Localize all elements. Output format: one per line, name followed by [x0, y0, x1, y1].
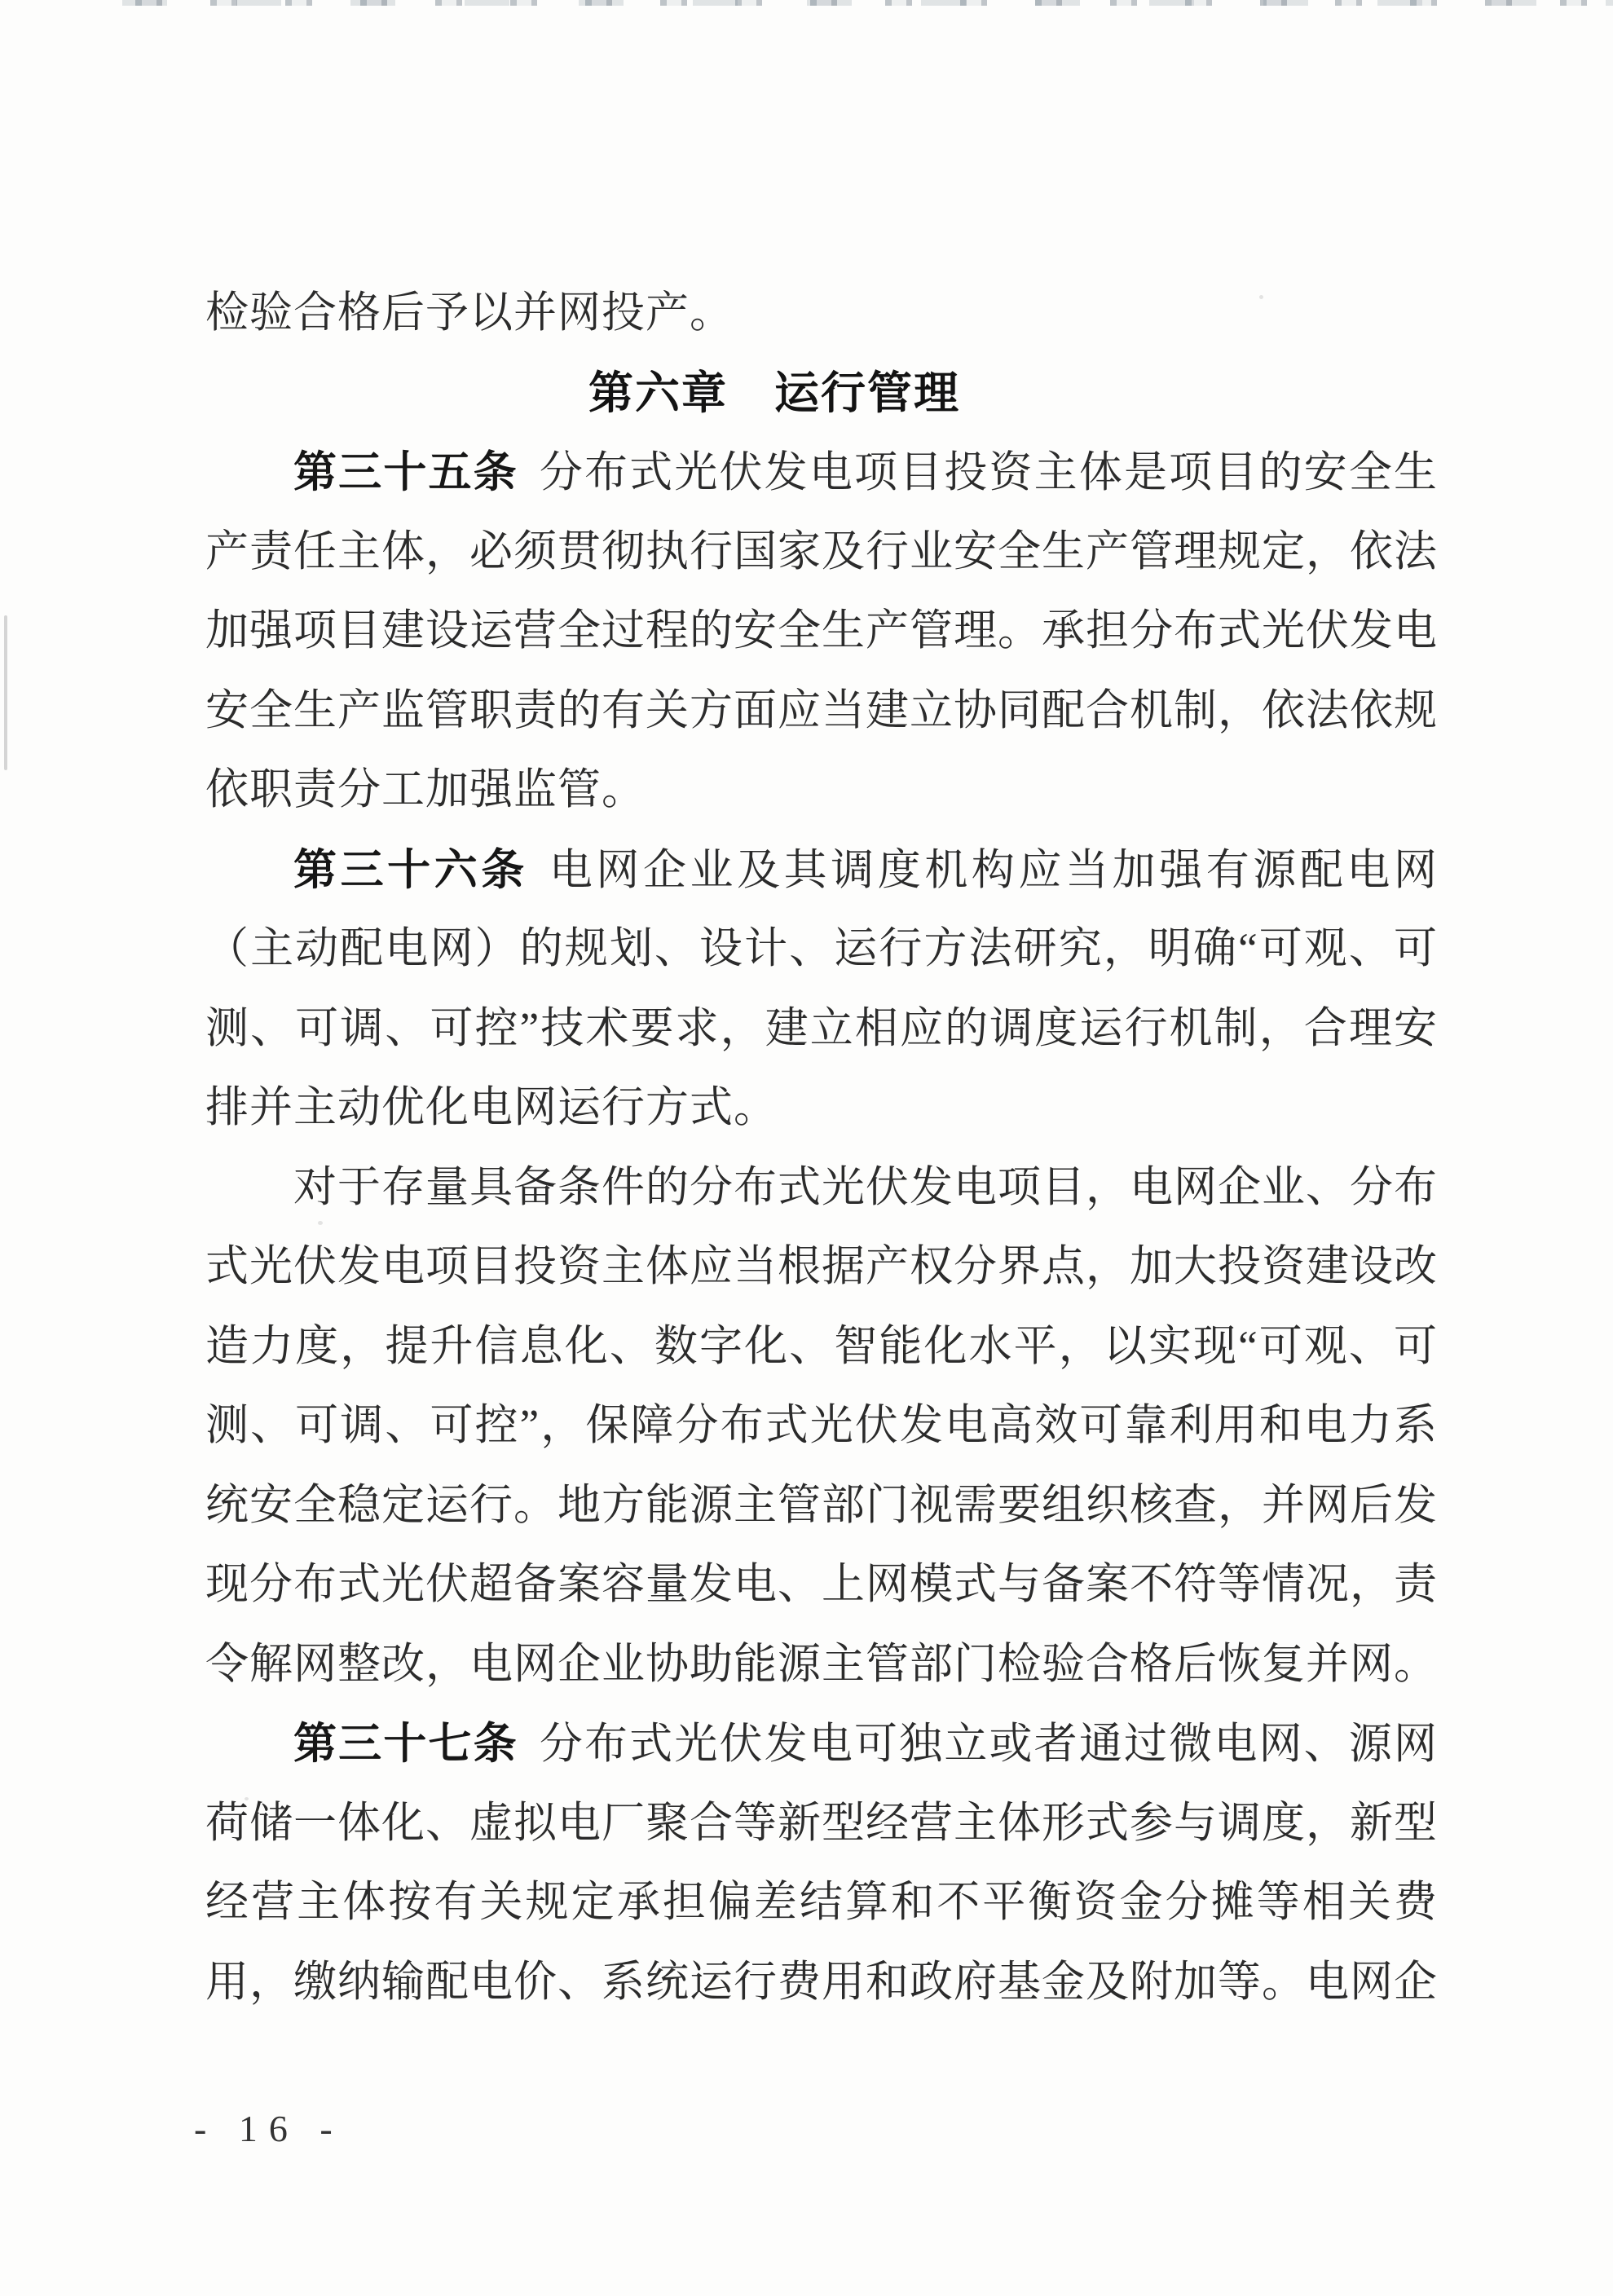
body-line: 用，缴纳输配电价、系统运行费用和政府基金及附加等。电网企	[205, 1943, 1438, 2023]
article-number: 第三十七条	[293, 1720, 518, 1768]
page-content: 检验合格后予以并网投产。 第六章 运行管理 第三十五条分布式光伏发电项目投资主体…	[205, 274, 1438, 2022]
body-line: 经营主体按有关规定承担偏差结算和不平衡资金分摊等相关费	[205, 1863, 1438, 1943]
line-text: 荷储一体化、虚拟电厂聚合等新型经营主体形式参与调度，新型	[205, 1800, 1438, 1847]
body-line: 依职责分工加强监管。	[205, 751, 1438, 831]
body-line: 第三十五条分布式光伏发电项目投资主体是项目的安全生	[205, 433, 1438, 513]
body-line: 测、可调、可控”，保障分布式光伏发电高效可靠利用和电力系	[205, 1386, 1438, 1466]
scan-noise-top-edge	[122, 0, 1613, 6]
body-line: 加强项目建设运营全过程的安全生产管理。承担分布式光伏发电	[205, 592, 1438, 672]
line-text: 测、可调、可控”，保障分布式光伏发电高效可靠利用和电力系	[205, 1402, 1438, 1449]
body-line: （主动配电网）的规划、设计、运行方法研究，明确“可观、可	[205, 910, 1438, 989]
line-text: 用，缴纳输配电价、系统运行费用和政府基金及附加等。电网企	[205, 1959, 1438, 2006]
body-line: 测、可调、可控”技术要求，建立相应的调度运行机制，合理安	[205, 989, 1438, 1069]
line-text: 依职责分工加强监管。	[205, 766, 646, 813]
line-text: 排并主动优化电网运行方式。	[205, 1084, 778, 1131]
chapter-heading: 第六章 运行管理	[158, 354, 1390, 434]
body-line: 统安全稳定运行。地方能源主管部门视需要组织核查，并网后发	[205, 1466, 1438, 1546]
line-text: （主动配电网）的规划、设计、运行方法研究，明确“可观、可	[205, 925, 1438, 972]
document-page: 检验合格后予以并网投产。 第六章 运行管理 第三十五条分布式光伏发电项目投资主体…	[0, 0, 1613, 2296]
line-text: 分布式光伏发电项目投资主体是项目的安全生	[540, 449, 1438, 496]
page-number: - 16 -	[194, 2107, 344, 2150]
line-text: 安全生产监管职责的有关方面应当建立协同配合机制，依法依规	[205, 687, 1438, 734]
line-text: 统安全稳定运行。地方能源主管部门视需要组织核查，并网后发	[205, 1482, 1438, 1529]
scan-streak-left-edge	[4, 615, 7, 770]
line-text: 产责任主体，必须贯彻执行国家及行业安全生产管理规定，依法	[205, 528, 1438, 575]
line-text: 检验合格后予以并网投产。	[205, 289, 734, 337]
body-line: 令解网整改，电网企业协助能源主管部门检验合格后恢复并网。	[205, 1625, 1438, 1705]
body-line: 安全生产监管职责的有关方面应当建立协同配合机制，依法依规	[205, 672, 1438, 751]
body-line: 第三十七条分布式光伏发电可独立或者通过微电网、源网	[205, 1704, 1438, 1784]
body-line: 第三十六条电网企业及其调度机构应当加强有源配电网	[205, 831, 1438, 910]
line-text: 分布式光伏发电可独立或者通过微电网、源网	[540, 1721, 1438, 1768]
line-text: 测、可调、可控”技术要求，建立相应的调度运行机制，合理安	[205, 1005, 1438, 1052]
article-number: 第三十六条	[293, 846, 528, 894]
body-line: 检验合格后予以并网投产。	[205, 274, 1438, 354]
body-line: 排并主动优化电网运行方式。	[205, 1069, 1438, 1148]
body-line: 式光伏发电项目投资主体应当根据产权分界点，加大投资建设改	[205, 1227, 1438, 1307]
line-text: 令解网整改，电网企业协助能源主管部门检验合格后恢复并网。	[205, 1641, 1438, 1688]
line-text: 电网企业及其调度机构应当加强有源配电网	[549, 847, 1438, 894]
body-line: 现分布式光伏超备案容量发电、上网模式与备案不符等情况，责	[205, 1545, 1438, 1625]
article-number: 第三十五条	[293, 448, 518, 496]
line-text: 式光伏发电项目投资主体应当根据产权分界点，加大投资建设改	[205, 1243, 1438, 1290]
line-text: 经营主体按有关规定承担偏差结算和不平衡资金分摊等相关费	[205, 1879, 1438, 1926]
body-line: 荷储一体化、虚拟电厂聚合等新型经营主体形式参与调度，新型	[205, 1784, 1438, 1864]
line-text: 加强项目建设运营全过程的安全生产管理。承担分布式光伏发电	[205, 607, 1438, 654]
body-line: 造力度，提升信息化、数字化、智能化水平，以实现“可观、可	[205, 1307, 1438, 1387]
body-line: 对于存量具备条件的分布式光伏发电项目，电网企业、分布	[205, 1148, 1438, 1228]
line-text: 对于存量具备条件的分布式光伏发电项目，电网企业、分布	[293, 1164, 1438, 1211]
line-text: 造力度，提升信息化、数字化、智能化水平，以实现“可观、可	[205, 1323, 1438, 1370]
line-text: 现分布式光伏超备案容量发电、上网模式与备案不符等情况，责	[205, 1561, 1438, 1608]
body-line: 产责任主体，必须贯彻执行国家及行业安全生产管理规定，依法	[205, 513, 1438, 593]
